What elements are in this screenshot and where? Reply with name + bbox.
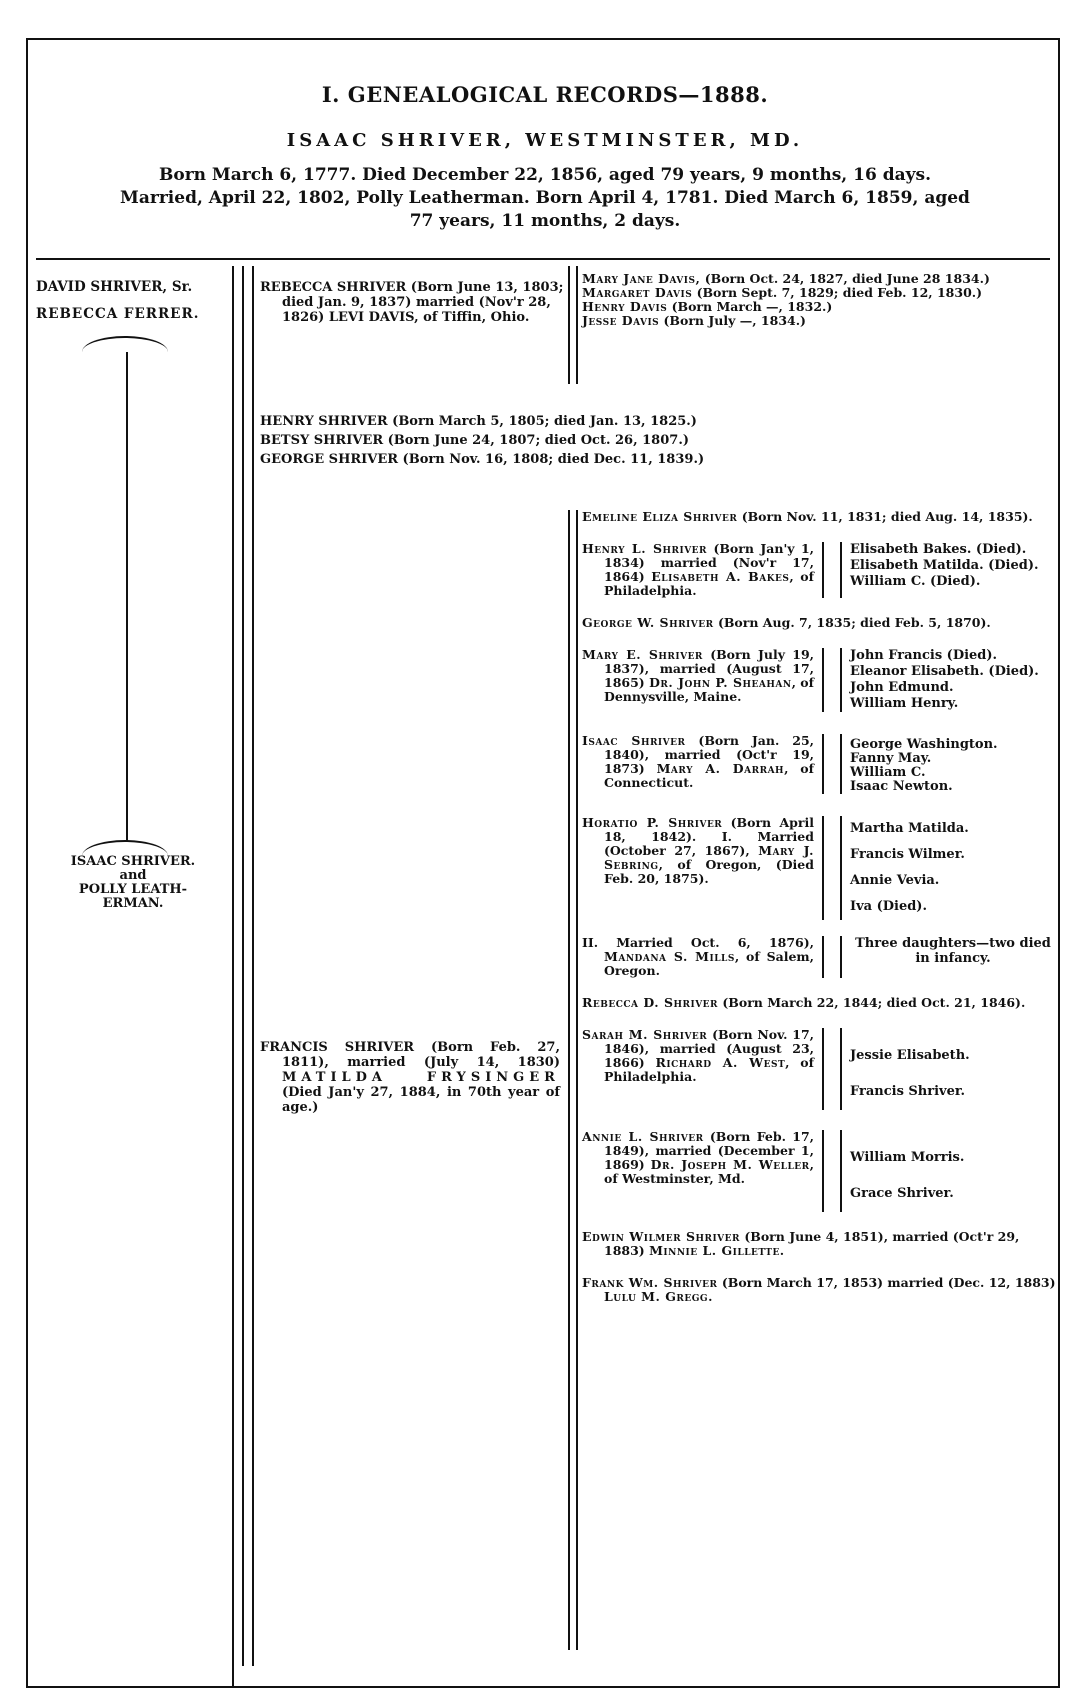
child-name: FRANCIS SHRIVER (260, 1040, 414, 1055)
great-grandchild: William C. (850, 766, 1056, 780)
couple-line: and (38, 869, 228, 883)
bracket (822, 734, 842, 794)
child-name: REBECCA SHRIVER (260, 280, 406, 295)
grandchild-emeline: Emeline Eliza Shriver (Born Nov. 11, 183… (582, 510, 1056, 524)
great-grandchild: Annie Vevia. (850, 868, 1056, 894)
child-betsy: BETSY SHRIVER (Born June 24, 1807; died … (260, 431, 820, 450)
francis-children: Emeline Eliza Shriver (Born Nov. 11, 183… (582, 510, 1056, 1304)
child-francis: FRANCIS SHRIVER (Born Feb. 27, 1811), ma… (260, 1040, 560, 1115)
great-grandchild: George Washington. (850, 738, 1056, 752)
bio-line-3: 77 years, 11 months, 2 days. (38, 210, 1052, 233)
spouse-name: MATILDA FRYSINGER (282, 1070, 560, 1085)
column-divider (232, 266, 234, 1686)
great-grandchild: William Morris. (850, 1140, 1056, 1176)
descent-line (126, 352, 128, 842)
grandchild-rebecca-d: Rebecca D. Shriver (Born March 22, 1844;… (582, 996, 1056, 1010)
grandchild-horatio: Horatio P. Shriver (Born April 18, 1842)… (582, 816, 1056, 920)
grandchild-henry-l: Henry L. Shriver (Born Jan'y 1, 1834) ma… (582, 542, 1056, 598)
great-grandchild: Grace Shriver. (850, 1176, 1056, 1212)
child-george: GEORGE SHRIVER (Born Nov. 16, 1808; died… (260, 450, 820, 469)
header-divider (36, 258, 1050, 260)
bracket (822, 1130, 842, 1212)
bracket (822, 1028, 842, 1110)
great-grandchild: Iva (Died). (850, 894, 1056, 920)
great-grandchild: William Henry. (850, 696, 1056, 712)
grandchild-george-w: George W. Shriver (Born Aug. 7, 1835; di… (582, 616, 1056, 630)
great-grandchild: John Edmund. (850, 680, 1056, 696)
father-name: DAVID SHRIVER, Sr. (36, 280, 236, 295)
grandchild-mary-e: Mary E. Shriver (Born July 19, 1837), ma… (582, 648, 1056, 712)
great-grandchild: John Francis (Died). (850, 648, 1056, 664)
column-bracket (242, 266, 244, 1666)
page-subtitle: ISAAC SHRIVER, WESTMINSTER, MD. (28, 130, 1062, 151)
bio-line-2: Married, April 22, 1802, Polly Leatherma… (38, 187, 1052, 210)
bracket (568, 266, 570, 384)
great-grandchild: Elisabeth Matilda. (Died). (850, 558, 1056, 574)
great-grandchild: Eleanor Elisabeth. (Died). (850, 664, 1056, 680)
great-grandchild: Elisabeth Bakes. (Died). (850, 542, 1056, 558)
mother-name: REBECCA FERRER. (36, 307, 236, 322)
great-grandchild: Isaac Newton. (850, 780, 1056, 794)
grandchild: Henry Davis (Born March —, 1832.) (582, 300, 1056, 314)
rebecca-children: Mary Jane Davis, (Born Oct. 24, 1827, di… (582, 272, 1056, 328)
bracket (568, 510, 570, 1650)
bracket (576, 510, 578, 1650)
bio-line-1: Born March 6, 1777. Died December 22, 18… (38, 164, 1052, 187)
grandchild-frank: Frank Wm. Shriver (Born March 17, 1853) … (582, 1276, 1056, 1304)
great-grandchild: Martha Matilda. (850, 816, 1056, 842)
biography: Born March 6, 1777. Died December 22, 18… (38, 164, 1052, 233)
grandchild-isaac: Isaac Shriver (Born Jan. 25, 1840), marr… (582, 734, 1056, 794)
page-title: I. GENEALOGICAL RECORDS—1888. (28, 82, 1062, 107)
bracket (822, 648, 842, 712)
bracket (576, 266, 578, 384)
child-henry: HENRY SHRIVER (Born March 5, 1805; died … (260, 412, 820, 431)
couple-line: POLLY LEATH- (38, 883, 228, 897)
child-rebecca: REBECCA SHRIVER (Born June 13, 1803; die… (260, 280, 582, 325)
great-grandchild: William C. (Died). (850, 574, 1056, 590)
bracket (822, 816, 842, 920)
grandchild: Jesse Davis (Born July —, 1834.) (582, 314, 1056, 328)
grandchild-edwin: Edwin Wilmer Shriver (Born June 4, 1851)… (582, 1230, 1056, 1258)
bracket (822, 542, 842, 598)
grandchild-sarah: Sarah M. Shriver (Born Nov. 17, 1846), m… (582, 1028, 1056, 1110)
great-grandchild: Fanny May. (850, 752, 1056, 766)
grandchild-annie: Annie L. Shriver (Born Feb. 17, 1849), m… (582, 1130, 1056, 1212)
children-note: Three daughters—two died in infancy. (850, 936, 1056, 978)
grandchild: Margaret Davis (Born Sept. 7, 1829; died… (582, 286, 1056, 300)
couple-line: ERMAN. (38, 897, 228, 911)
grandchild: Mary Jane Davis, (Born Oct. 24, 1827, di… (582, 272, 1056, 286)
horatio-second-marriage: II. Married Oct. 6, 1876), Mandana S. Mi… (582, 936, 1056, 978)
children-list: HENRY SHRIVER (Born March 5, 1805; died … (260, 412, 820, 469)
couple-names: ISAAC SHRIVER. and POLLY LEATH- ERMAN. (38, 855, 228, 911)
genealogy-page: I. GENEALOGICAL RECORDS—1888. ISAAC SHRI… (26, 38, 1060, 1688)
brace-icon (82, 336, 168, 352)
great-grandchild: Francis Wilmer. (850, 842, 1056, 868)
column-bracket (252, 266, 254, 1666)
great-grandchild: Francis Shriver. (850, 1074, 1056, 1110)
bracket (822, 936, 842, 978)
couple-line: ISAAC SHRIVER. (38, 855, 228, 869)
great-grandchild: Jessie Elisabeth. (850, 1038, 1056, 1074)
